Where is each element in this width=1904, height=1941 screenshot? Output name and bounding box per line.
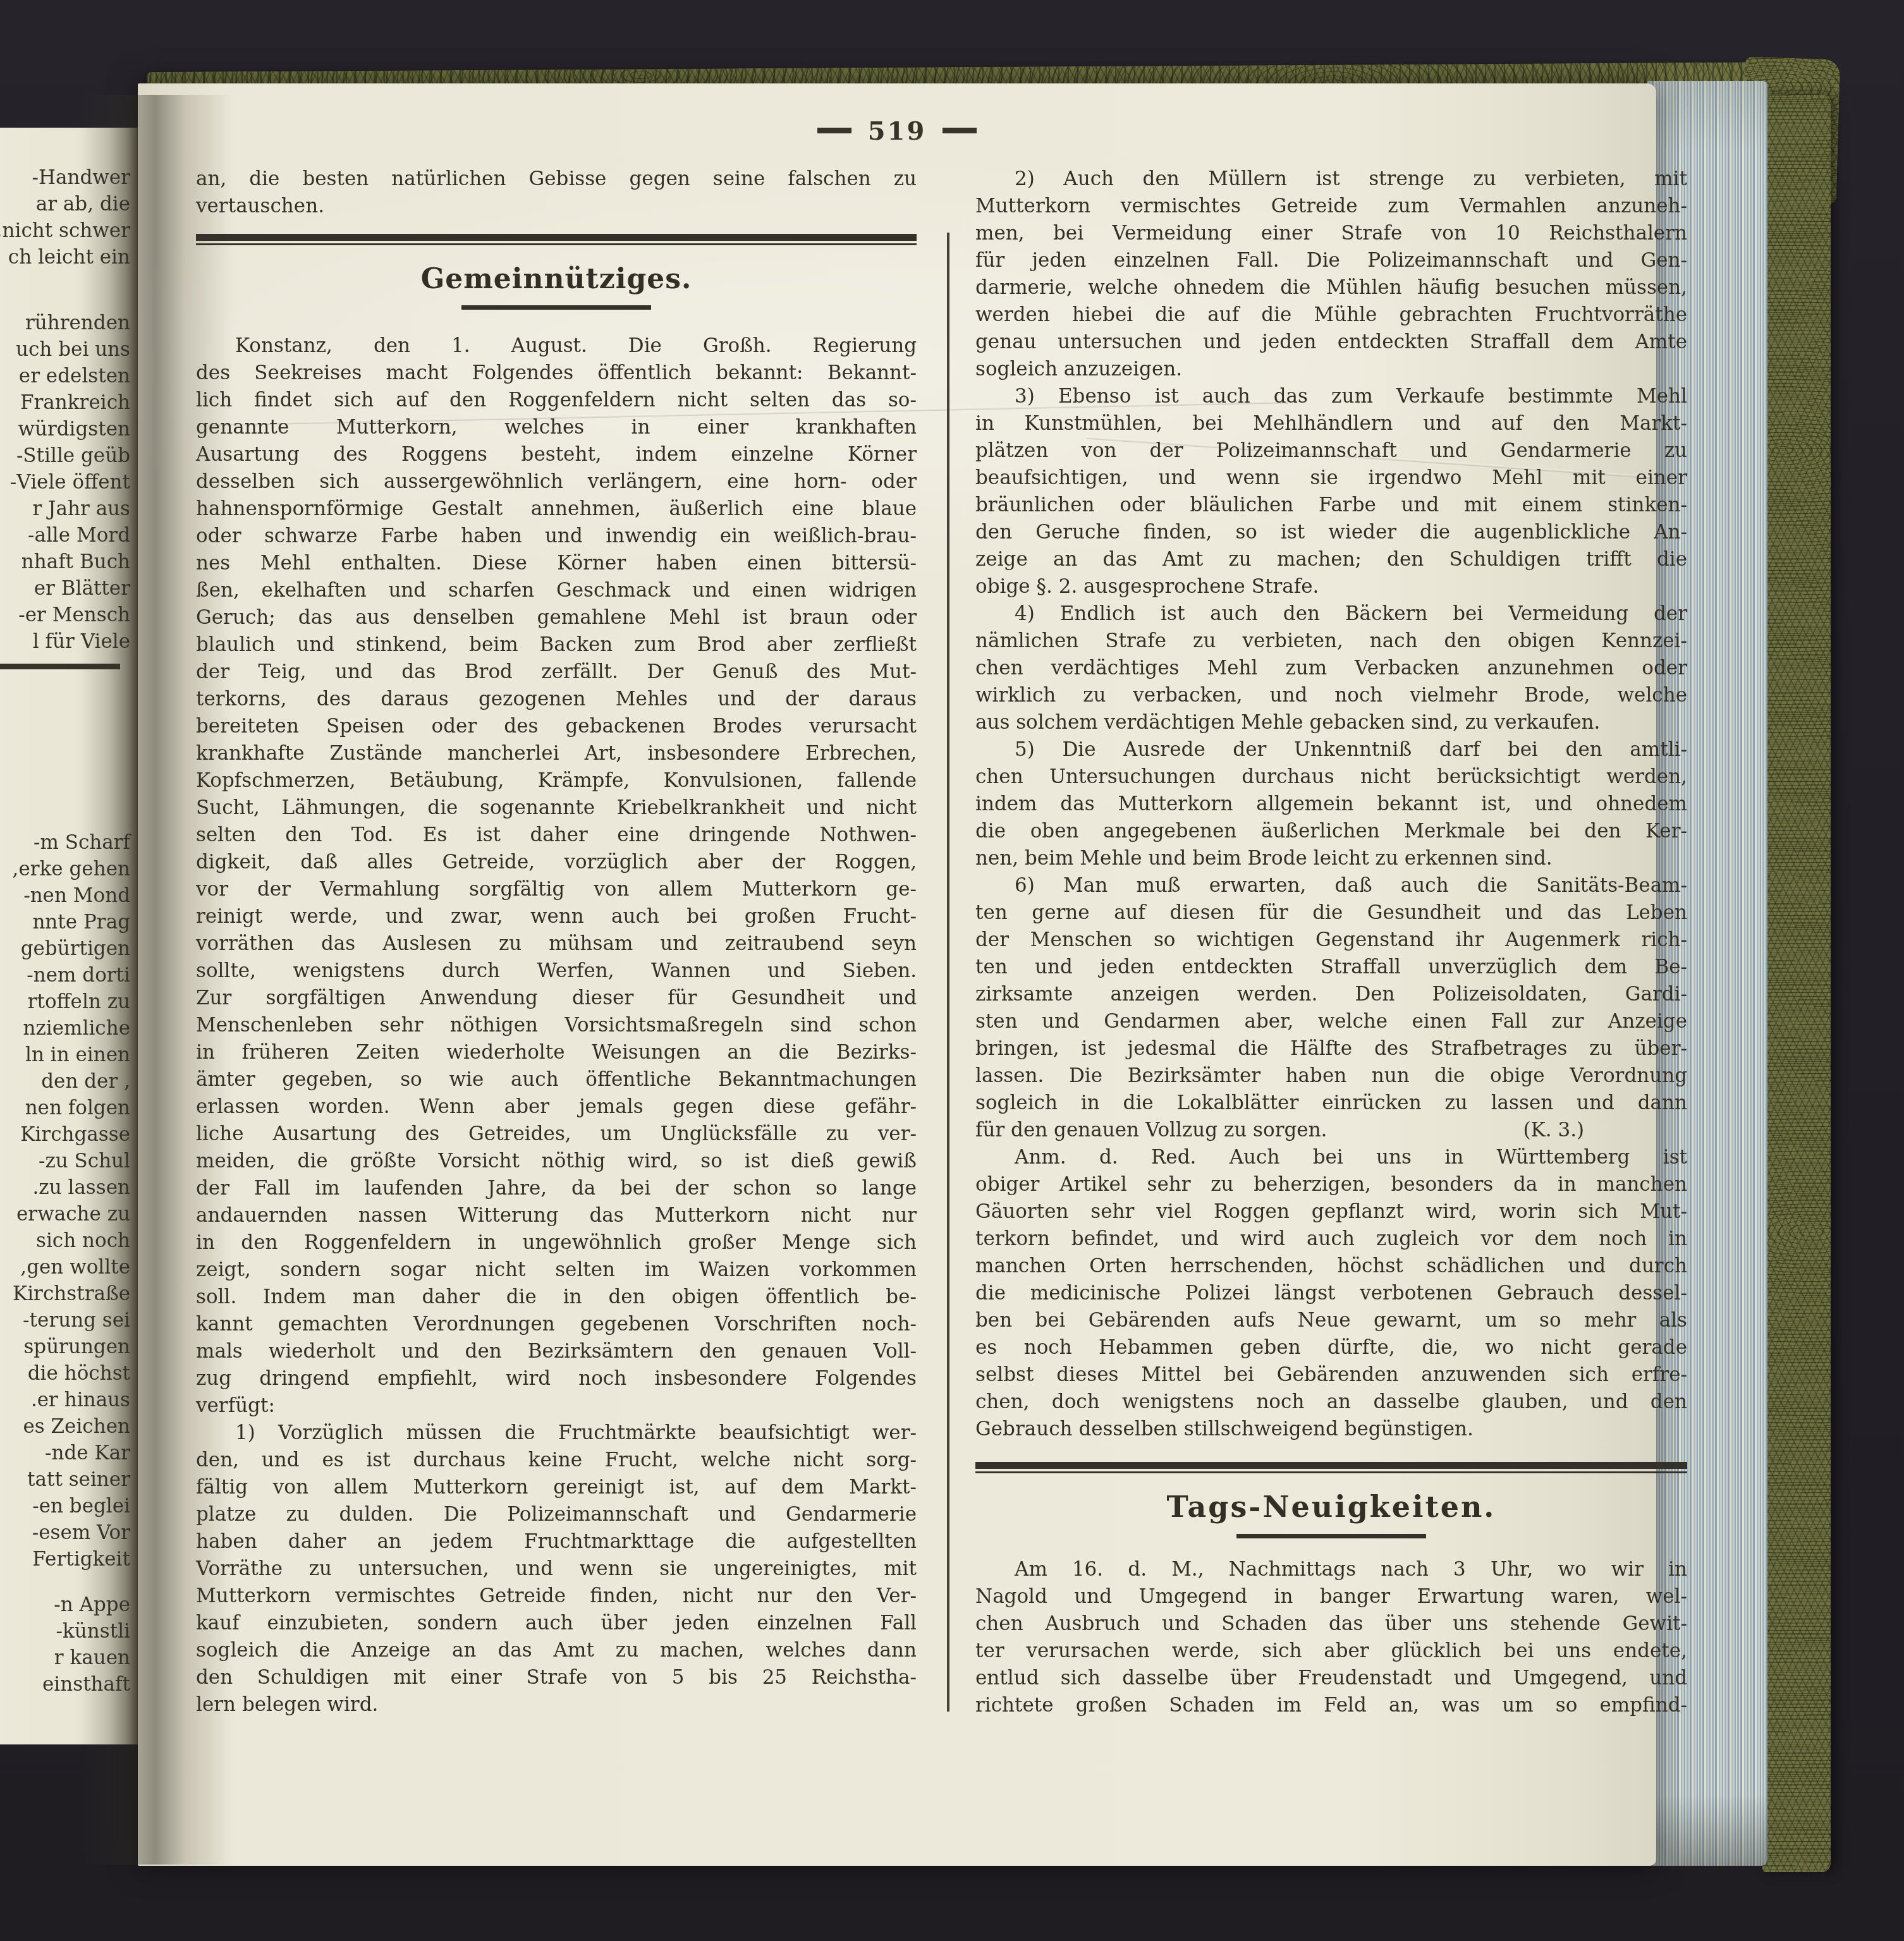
text-line: die medicinische Polizei längst verboten… xyxy=(975,1280,1687,1307)
text-line: haben daher an jedem Fruchtmarkttage die… xyxy=(196,1528,917,1555)
fragment-line: spürungen xyxy=(0,1334,130,1360)
text-line: es noch Hebammen geben dürfte, die, wo n… xyxy=(975,1334,1687,1361)
fragment-line: zu Schul- xyxy=(0,1148,130,1174)
fragment-line: erwache zu xyxy=(0,1201,130,1227)
text-line: bereiteten Speisen oder des gebackenen B… xyxy=(196,713,917,740)
text-line: vertauschen. xyxy=(196,193,917,220)
text-line: selbst dieses Mittel bei Gebärenden anzu… xyxy=(975,1361,1687,1389)
text-line: ben bei Gebärenden aufs Neue gewarnt, um… xyxy=(975,1307,1687,1334)
text-line: Anm. d. Red. Auch bei uns in Württemberg… xyxy=(975,1144,1687,1171)
fragment-line: Handwer- xyxy=(0,164,130,191)
text-line: 5) Die Ausrede der Unkenntniß darf bei d… xyxy=(975,736,1687,764)
text-line: wirklich zu verbacken, und noch vielmehr… xyxy=(975,682,1687,709)
fragment-line: l für Viele xyxy=(0,628,130,655)
scanned-book-page: Handwer-ar ab, dienicht schwer,ch leicht… xyxy=(0,0,1904,1941)
section-rule xyxy=(196,234,917,245)
heading-underline xyxy=(461,305,651,310)
text-line: chen, doch wenigstens noch an dasselbe g… xyxy=(975,1389,1687,1416)
text-line: Kopfschmerzen, Betäubung, Krämpfe, Konvu… xyxy=(196,767,917,794)
fragment-line: Kirchstraße xyxy=(0,1281,130,1307)
text-line: kauf einzubieten, sondern auch über jede… xyxy=(196,1610,917,1637)
fragment-line: nnte Prag xyxy=(0,909,130,935)
fragment-line: nem dorti- xyxy=(0,962,130,989)
text-line: ßen, ekelhaften und scharfen Geschmack u… xyxy=(196,577,917,604)
paragraph: Am 16. d. M., Nachmittags nach 3 Uhr, wo… xyxy=(975,1556,1687,1719)
paragraph: Anm. d. Red. Auch bei uns in Württemberg… xyxy=(975,1144,1687,1443)
text-line: zug dringend empfiehlt, wird noch insbes… xyxy=(196,1365,917,1392)
text-line: Nagold und Umgegend in banger Erwartung … xyxy=(975,1583,1687,1610)
text-line: Menschenleben sehr nöthigen Vorsichtsmaß… xyxy=(196,1012,917,1039)
fragment-line: Stille geüb- xyxy=(0,442,130,469)
intro-continuation: an, die besten natürlichen Gebisse gegen… xyxy=(196,166,917,220)
column-divider xyxy=(947,233,949,1712)
text-line: liche Ausartung des Getreides, um Unglüc… xyxy=(196,1121,917,1148)
text-line: nes Mehl enthalten. Diese Körner haben e… xyxy=(196,550,917,577)
text-line: den Schuldigen mit einer Strafe von 5 bi… xyxy=(196,1664,917,1691)
text-line: zirksamte anzeigen werden. Den Polizeiso… xyxy=(975,981,1687,1008)
right-column: 2) Auch den Müllern ist strenge zu verbi… xyxy=(975,166,1687,1719)
text-line: für den genauen Vollzug zu sorgen. (K. 3… xyxy=(975,1117,1687,1144)
text-line: sogleich anzuzeigen. xyxy=(975,356,1687,383)
fragment-line: terung sei- xyxy=(0,1307,130,1334)
text-line: zeige an das Amt zu machen; den Schuldig… xyxy=(975,546,1687,573)
text-line: in Kunstmühlen, bei Mehlhändlern und auf… xyxy=(975,410,1687,437)
fragment-line: esem Vor- xyxy=(0,1519,130,1546)
fragment-line: erke gehen, xyxy=(0,856,130,882)
text-line: terkorn befindet, und wird auch zugleich… xyxy=(975,1226,1687,1253)
page-number-dash-left xyxy=(817,128,851,133)
text-line: vor der Vermahlung sorgfältig von allem … xyxy=(196,876,917,903)
fragment-group-2: rührendenuch bei unser edelstenFrankreic… xyxy=(0,310,130,655)
text-line: des Seekreises macht Folgendes öffentlic… xyxy=(196,360,917,387)
text-line: sten und Gendarmen aber, welche einen Fa… xyxy=(975,1008,1687,1035)
text-line: chen Ausbruch und Schaden das über uns s… xyxy=(975,1610,1687,1638)
text-line: soll. Indem man daher die in den obigen … xyxy=(196,1284,917,1311)
text-line: zeigt, sondern sogar nicht selten im Wai… xyxy=(196,1256,917,1284)
fragment-line: Frankreich xyxy=(0,389,130,416)
text-line: ter verursachen werde, sich aber glückli… xyxy=(975,1638,1687,1665)
fragment-line: , den der xyxy=(0,1068,130,1095)
paragraph: an, die besten natürlichen Gebisse gegen… xyxy=(196,166,917,220)
fragment-line: nicht schwer, xyxy=(0,217,130,244)
text-line: indem das Mutterkorn allgemein bekannt i… xyxy=(975,791,1687,818)
text-line: sollte, wenigstens durch Werfen, Wannen … xyxy=(196,958,917,985)
fragment-line: rührenden xyxy=(0,310,130,336)
text-line: selten den Tod. Es ist daher eine dringe… xyxy=(196,822,917,849)
text-line: Gebrauch desselben stillschweigend begün… xyxy=(975,1416,1687,1443)
text-line: 2) Auch den Müllern ist strenge zu verbi… xyxy=(975,166,1687,193)
text-line: blaulich und stinkend, beim Backen zum B… xyxy=(196,631,917,659)
text-line: obige §. 2. ausgesprochene Strafe. xyxy=(975,573,1687,600)
text-line: kannt gemachten Verordnungen gegebenen V… xyxy=(196,1311,917,1338)
text-line: die oben angegebenen äußerlichen Merkmal… xyxy=(975,818,1687,845)
paragraph: Konstanz, den 1. August. Die Großh. Regi… xyxy=(196,332,917,1420)
fragment-line: r kauen xyxy=(0,1645,130,1671)
page-number-value: 519 xyxy=(868,116,927,146)
text-line: ämter gegeben, so wie auch öffentliche B… xyxy=(196,1066,917,1093)
text-line: Vorräthe zu untersuchen, und wenn sie un… xyxy=(196,1555,917,1583)
fragment-line: er edelsten xyxy=(0,363,130,389)
fragment-line: er Mensch- xyxy=(0,602,130,628)
text-line: den Geruche finden, so ist wieder die au… xyxy=(975,519,1687,546)
text-line: Geruch; das aus denselben gemahlene Mehl… xyxy=(196,604,917,631)
section-heading-gemeinnuetziges: Gemeinnütziges. xyxy=(196,263,917,295)
fragment-line: nen Mond- xyxy=(0,882,130,909)
text-line: fältig von allem Mutterkorn gereinigt is… xyxy=(196,1474,917,1501)
fragment-line: nde Kar- xyxy=(0,1440,130,1466)
left-column-text: Konstanz, den 1. August. Die Großh. Regi… xyxy=(196,332,917,1719)
text-line: Zur sorgfältigen Anwendung dieser für Ge… xyxy=(196,985,917,1012)
text-line: entlud sich dasselbe über Freudenstadt u… xyxy=(975,1665,1687,1692)
text-line: andauernden nassen Witterung das Mutterk… xyxy=(196,1202,917,1229)
fragment-line: künstli- xyxy=(0,1618,130,1645)
text-line: obiger Artikel sehr zu beherzigen, beson… xyxy=(975,1171,1687,1198)
page-number: 519 xyxy=(138,116,1656,146)
text-line: verfügt: xyxy=(196,1392,917,1420)
left-column: an, die besten natürlichen Gebisse gegen… xyxy=(196,166,917,1719)
fragment-line: en beglei- xyxy=(0,1493,130,1519)
fragment-line: sich noch xyxy=(0,1227,130,1254)
text-line: lern belegen wird. xyxy=(196,1691,917,1719)
text-line: genannte Mutterkorn, welches in einer kr… xyxy=(196,414,917,441)
fragment-line: uch bei uns xyxy=(0,336,130,363)
text-line: richtete großen Schaden im Feld an, was … xyxy=(975,1692,1687,1719)
text-line: oder schwarze Farbe haben und inwendig e… xyxy=(196,523,917,550)
fragment-line: Fertigkeit xyxy=(0,1546,130,1573)
fragment-line: ch leicht ein xyxy=(0,244,130,271)
text-line: 4) Endlich ist auch den Bäckern bei Verm… xyxy=(975,600,1687,628)
text-line: sogleich in die Lokalblätter einrücken z… xyxy=(975,1090,1687,1117)
text-line: bringen, ist jedesmal die Hälfte des Str… xyxy=(975,1035,1687,1062)
text-line: nen, beim Mehle und beim Brode leicht zu… xyxy=(975,845,1687,872)
fragment-divider-rule xyxy=(0,664,120,669)
page-number-dash-right xyxy=(943,128,977,133)
text-line: ten und jeden entdeckten Straffall unver… xyxy=(975,954,1687,981)
fragment-line: ln in einen xyxy=(0,1042,130,1068)
text-line: sogleich die Anzeige an das Amt zu mache… xyxy=(196,1637,917,1664)
text-line: Ausartung des Roggens besteht, indem ein… xyxy=(196,441,917,468)
fragment-line: m Scharf- xyxy=(0,829,130,856)
text-line: digkeit, daß alles Getreide, vorzüglich … xyxy=(196,849,917,876)
text-line: plätzen von der Polizeimannschaft und Ge… xyxy=(975,437,1687,465)
text-line: 1) Vorzüglich müssen die Fruchtmärkte be… xyxy=(196,1420,917,1447)
fragment-line: einsthaft xyxy=(0,1671,130,1698)
section-heading-tags-neuigkeiten: Tags-Neuigkeiten. xyxy=(975,1490,1687,1524)
text-line: genau untersuchen und jeden entdeckten S… xyxy=(975,329,1687,356)
right-column-text: 2) Auch den Müllern ist strenge zu verbi… xyxy=(975,166,1687,1443)
text-line: 6) Man muß erwarten, daß auch die Sanitä… xyxy=(975,872,1687,899)
fragment-line: nziemliche xyxy=(0,1015,130,1042)
text-line: an, die besten natürlichen Gebisse gegen… xyxy=(196,166,917,193)
text-line: bräunlichen oder bläulichen Farbe und mi… xyxy=(975,492,1687,519)
heading-underline xyxy=(1236,1534,1426,1538)
fragment-line: r Jahr aus xyxy=(0,496,130,522)
text-line: mals wiederholt und den Bezirksämtern de… xyxy=(196,1338,917,1365)
text-line: Mutterkorn vermischtes Getreide finden, … xyxy=(196,1583,917,1610)
text-line: für jeden einzelnen Fall. Die Polizeiman… xyxy=(975,247,1687,274)
text-line: Konstanz, den 1. August. Die Großh. Regi… xyxy=(196,332,917,360)
text-line: vorräthen das Auslesen zu mühsam und zei… xyxy=(196,930,917,958)
text-line: Sucht, Lähmungen, die sogenannte Kriebel… xyxy=(196,794,917,822)
text-line: krankhafte Zustände mancherlei Art, insb… xyxy=(196,740,917,767)
text-line: darmerie, welche ohnedem die Mühlen häuf… xyxy=(975,274,1687,301)
text-line: men, bei Vermeidung einer Strafe von 10 … xyxy=(975,220,1687,247)
text-line: lassen. Die Bezirksämter haben nun die o… xyxy=(975,1062,1687,1090)
text-line: manchen Orten herrschenden, höchst schäd… xyxy=(975,1253,1687,1280)
text-line: der Menschen so wichtigen Gegenstand ihr… xyxy=(975,927,1687,954)
fragment-group-4: n Appe-künstli-r kaueneinsthaft xyxy=(0,1591,130,1698)
text-line: in früheren Zeiten wiederholte Weisungen… xyxy=(196,1039,917,1066)
text-line: werden hiebei die auf die Mühle gebracht… xyxy=(975,301,1687,329)
fragment-line: n Appe- xyxy=(0,1591,130,1618)
paragraph: 3) Ebenso ist auch das zum Verkaufe best… xyxy=(975,383,1687,600)
text-line: meiden, die größte Vorsicht nöthig wird,… xyxy=(196,1148,917,1175)
paragraph: 5) Die Ausrede der Unkenntniß darf bei d… xyxy=(975,736,1687,872)
text-line: hahnenspornförmige Gestalt annehmen, äuß… xyxy=(196,496,917,523)
left-page-strip: Handwer-ar ab, dienicht schwer,ch leicht… xyxy=(0,128,138,1744)
section-rule xyxy=(975,1462,1687,1473)
text-line: der Teig, und das Brod zerfällt. Der Gen… xyxy=(196,659,917,686)
text-line: Am 16. d. M., Nachmittags nach 3 Uhr, wo… xyxy=(975,1556,1687,1583)
news-text: Am 16. d. M., Nachmittags nach 3 Uhr, wo… xyxy=(975,1556,1687,1719)
fragment-line: die höchst xyxy=(0,1360,130,1387)
text-line: lich findet sich auf den Roggenfeldern n… xyxy=(196,387,917,414)
text-line: platze zu dulden. Die Polizeimannschaft … xyxy=(196,1501,917,1528)
text-line: terkorns, des daraus gezogenen Mehles un… xyxy=(196,686,917,713)
text-line: nämlichen Strafe zu verbieten, nach den … xyxy=(975,628,1687,655)
fragment-line: nhaft Buch xyxy=(0,549,130,575)
fragment-line: er Blätter xyxy=(0,575,130,602)
fragment-line: würdigsten xyxy=(0,416,130,442)
text-line: der Fall im laufenden Jahre, da bei der … xyxy=(196,1175,917,1202)
fragment-line: zu lassen. xyxy=(0,1174,130,1201)
fragment-line: gebürtigen xyxy=(0,935,130,962)
text-line: Mutterkorn vermischtes Getreide zum Verm… xyxy=(975,193,1687,220)
book-cover-right-band xyxy=(1762,95,1831,1872)
fragment-line: gen wollte, xyxy=(0,1254,130,1281)
fragment-line: tatt seiner xyxy=(0,1466,130,1493)
main-page: 519 an, die besten natürlichen Gebisse g… xyxy=(138,83,1656,1866)
text-line: chen Untersuchungen durchaus nicht berüc… xyxy=(975,764,1687,791)
fragment-line: Kirchgasse xyxy=(0,1121,130,1148)
paragraph: 4) Endlich ist auch den Bäckern bei Verm… xyxy=(975,600,1687,736)
text-line: reinigt werde, und zwar, wenn auch bei g… xyxy=(196,903,917,930)
paragraph: 6) Man muß erwarten, daß auch die Sanitä… xyxy=(975,872,1687,1144)
text-line: aus solchem verdächtigen Mehle gebacken … xyxy=(975,709,1687,736)
fragment-line: es Zeichen xyxy=(0,1413,130,1440)
fragment-line: alle Mord- xyxy=(0,522,130,549)
paragraph: 2) Auch den Müllern ist strenge zu verbi… xyxy=(975,166,1687,383)
paragraph: 1) Vorzüglich müssen die Fruchtmärkte be… xyxy=(196,1420,917,1719)
text-line: den, und es ist durchaus keine Frucht, w… xyxy=(196,1447,917,1474)
text-line: desselben sich aussergewöhnlich verlänge… xyxy=(196,468,917,496)
fragment-group-3: m Scharf-erke gehen,nen Mond-nnte Pragge… xyxy=(0,829,130,1573)
text-line: in den Roggenfeldern in ungewöhnlich gro… xyxy=(196,1229,917,1256)
fragment-line: nen folgen xyxy=(0,1095,130,1121)
text-line: 3) Ebenso ist auch das zum Verkaufe best… xyxy=(975,383,1687,410)
text-line: erlassen worden. Wenn aber jemals gegen … xyxy=(196,1093,917,1121)
fragment-line: Viele öffent- xyxy=(0,469,130,496)
text-line: Gäuorten sehr viel Roggen gepflanzt wird… xyxy=(975,1198,1687,1226)
text-line: chen verdächtiges Mehl zum Verbacken anz… xyxy=(975,655,1687,682)
fragment-line: er hinaus. xyxy=(0,1387,130,1413)
text-line: ten gerne auf diesen für die Gesundheit … xyxy=(975,899,1687,927)
text-line: beaufsichtigen, und wenn sie irgendwo Me… xyxy=(975,465,1687,492)
fragment-line: ar ab, die xyxy=(0,191,130,217)
fragment-group-1: Handwer-ar ab, dienicht schwer,ch leicht… xyxy=(0,164,130,271)
fragment-line: rtoffeln zu xyxy=(0,989,130,1015)
